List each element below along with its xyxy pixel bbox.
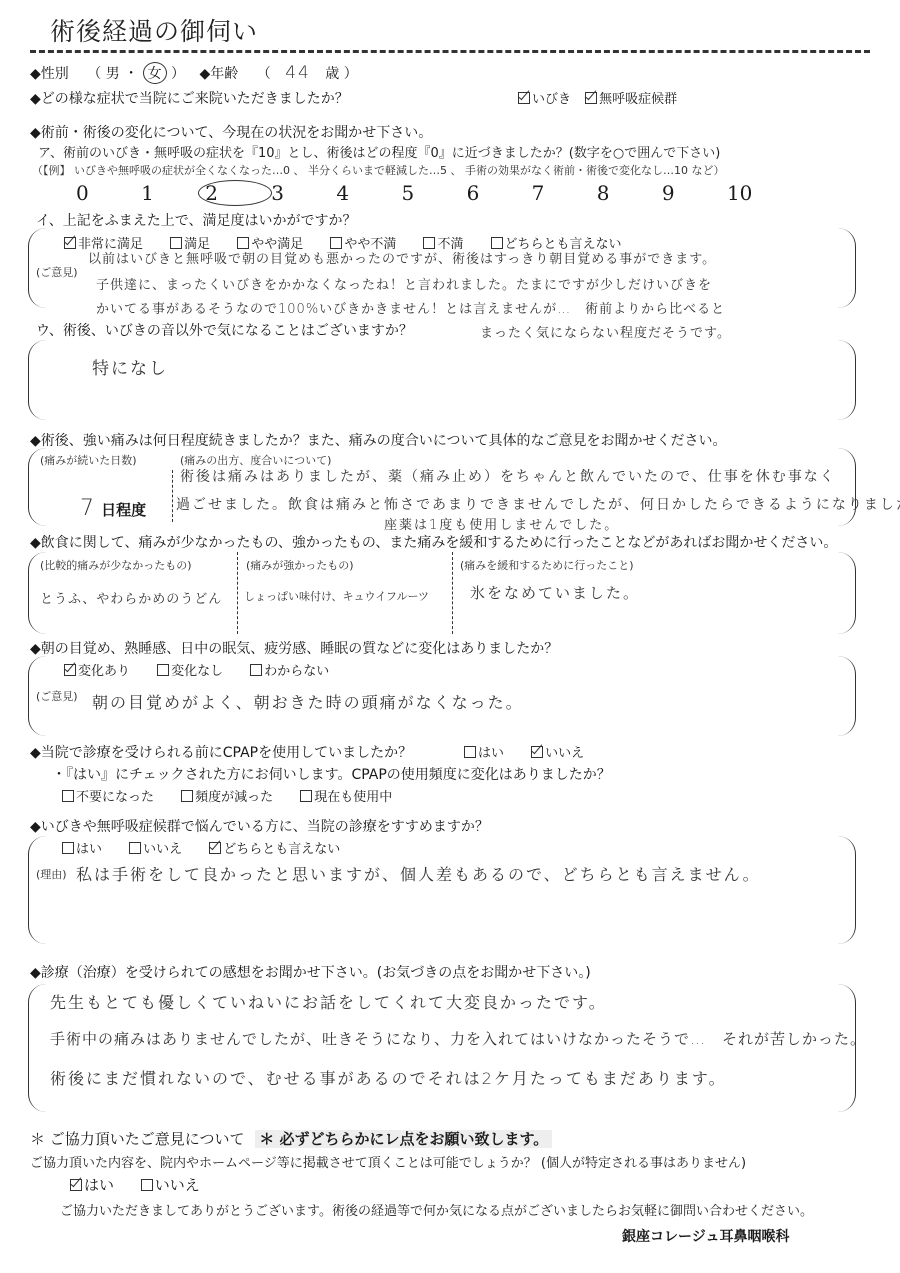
scale-10[interactable]: 10 bbox=[727, 181, 787, 205]
opinion-line-3: かいてる事があるそうなので100%いびきかきません！とは言えませんが… 術前より… bbox=[96, 298, 725, 317]
other-concerns-question: ウ、術後、いびきの音以外で気になることはございますか？ bbox=[36, 320, 413, 340]
sleep-opinion[interactable]: 朝の目覚めがよく、朝おきた時の頭痛がなくなった。 bbox=[92, 690, 524, 713]
checkbox-icon bbox=[250, 664, 262, 676]
food-relief-answer[interactable]: 氷をなめていました。 bbox=[470, 582, 640, 603]
age-value[interactable]: 44 bbox=[285, 63, 311, 83]
scale-1[interactable]: 1 bbox=[141, 181, 201, 205]
consent-option-no[interactable]: いいえ bbox=[141, 1174, 200, 1195]
scale-3[interactable]: 3 bbox=[271, 181, 331, 205]
title-divider bbox=[30, 50, 870, 53]
page-title: 術後経過の御伺い bbox=[50, 12, 258, 48]
sleep-options: 変化あり 変化なし わからない bbox=[64, 660, 351, 679]
checkbox-icon bbox=[157, 664, 169, 676]
impressions-line-1: 先生もとても優しくていねいにお話をしてくれて大変良かったです。 bbox=[50, 990, 607, 1013]
checkbox-icon bbox=[181, 790, 193, 802]
cpap-question: ◆当院で診療を受けられる前にCPAPを使用していましたか？ bbox=[30, 742, 412, 762]
opinion-label: (ご意見) bbox=[36, 264, 78, 280]
satisfaction-question: イ、上記をふまえた上で、満足度はいかがですか？ bbox=[36, 210, 356, 230]
checkbox-icon bbox=[62, 790, 74, 802]
recommend-option-no[interactable]: いいえ bbox=[129, 838, 182, 857]
checkbox-checked-icon bbox=[585, 92, 597, 104]
symptoms-question: ◆どの様な症状で当院にご来院いただきましたか？ bbox=[30, 88, 349, 108]
scale-5[interactable]: 5 bbox=[401, 181, 461, 205]
change-sub-a: ア、術前のいびき・無呼吸の症状を『10』とし、術後はどの程度『0』に近づきました… bbox=[38, 142, 720, 161]
checkbox-checked-icon bbox=[64, 664, 76, 676]
cpap-sub-question: ・『はい』にチェックされた方にお伺いします。CPAPの使用頻度に変化はありました… bbox=[52, 764, 611, 784]
cpap-option-no[interactable]: いいえ bbox=[531, 742, 584, 761]
checkbox-apnea[interactable]: 無呼吸症候群 bbox=[585, 88, 677, 107]
scale-9[interactable]: 9 bbox=[662, 181, 722, 205]
gender-male[interactable]: 男 bbox=[106, 66, 120, 82]
food-low-pain-answer[interactable]: とうふ、やわらかめのうどん bbox=[40, 588, 222, 607]
recommend-option-neither[interactable]: どちらとも言えない bbox=[209, 838, 340, 857]
consent-heading-b: ＊ 必ずどちらかにレ点をお願い致します。 bbox=[255, 1130, 552, 1148]
pain-question: ◆術後、強い痛みは何日程度続きましたか？また、痛みの度合いについて具体的なご意見… bbox=[30, 430, 726, 450]
scale-6[interactable]: 6 bbox=[467, 181, 527, 205]
impressions-line-2: 手術中の痛みはありませんでしたが、吐きそうになり、力を入れてはいけなかったそうで… bbox=[50, 1028, 866, 1049]
impressions-line-3: 術後にまだ慣れないので、むせる事があるのでそれは2ケ月たってもまだあります。 bbox=[50, 1066, 727, 1089]
pain-detail-line-2: 過ごせました。飲食は痛みと怖さであまりできませんでしたが、何日かしたらできるよう… bbox=[176, 494, 900, 514]
consent-heading-a: ＊ ご協力頂いたご意見について bbox=[30, 1130, 244, 1148]
impressions-question: ◆診療（治療）を受けられての感想をお聞かせ下さい。(お気づきの点をお聞かせ下さい… bbox=[30, 962, 591, 982]
gender-label: ◆性別 bbox=[30, 66, 69, 82]
cpap-option-reduced[interactable]: 頻度が減った bbox=[181, 786, 273, 805]
scale-0[interactable]: 0 bbox=[76, 181, 136, 205]
other-concerns-answer[interactable]: 特になし bbox=[92, 354, 168, 379]
opinion-line-2: 子供達に、まったくいびきをかかなくなったね！と言われました。たまにですが少しだけ… bbox=[96, 274, 712, 293]
scale-8[interactable]: 8 bbox=[597, 181, 657, 205]
food-divider-1 bbox=[237, 552, 238, 634]
cpap-sub-options: 不要になった 頻度が減った 現在も使用中 bbox=[62, 786, 414, 805]
cpap-option-yes[interactable]: はい bbox=[464, 742, 504, 761]
symptoms-options: いびき 無呼吸症候群 bbox=[518, 88, 699, 107]
recommend-question: ◆いびきや無呼吸症候群で悩んでいる方に、当院の診療をすすめますか？ bbox=[30, 816, 489, 836]
sleep-opinion-label: (ご意見) bbox=[36, 688, 78, 704]
checkbox-icon bbox=[129, 842, 141, 854]
pain-divider bbox=[172, 470, 173, 522]
pain-days-label: (痛みが続いた日数) bbox=[40, 452, 137, 468]
consent-heading: ＊ ご協力頂いたご意見について ＊ 必ずどちらかにレ点をお願い致します。 bbox=[30, 1128, 552, 1149]
checkbox-checked-icon bbox=[64, 237, 76, 249]
age-label: ◆年齢 bbox=[200, 66, 239, 82]
food-relief-label: (痛みを緩和するために行ったこと) bbox=[460, 557, 634, 573]
checkbox-icon bbox=[300, 790, 312, 802]
option-changed[interactable]: 変化あり bbox=[64, 660, 130, 679]
option-no-change[interactable]: 変化なし bbox=[157, 660, 223, 679]
pain-days: 7 日程度 bbox=[80, 496, 146, 521]
cpap-option-not-needed[interactable]: 不要になった bbox=[62, 786, 154, 805]
checkbox-checked-icon bbox=[70, 1179, 82, 1191]
food-low-pain-label: (比較的痛みが少なかったもの) bbox=[40, 557, 192, 573]
gender-female-circled[interactable]: 女 bbox=[143, 62, 167, 84]
consent-options: はい いいえ bbox=[70, 1174, 222, 1195]
scale-7[interactable]: 7 bbox=[532, 181, 592, 205]
scale-2-circled[interactable]: 2 bbox=[206, 180, 266, 206]
food-divider-2 bbox=[452, 552, 453, 634]
food-high-pain-answer[interactable]: しょっぱい味付け、キュウイフルーツ bbox=[244, 588, 429, 604]
opinion-line-1: 以前はいびきと無呼吸で朝の目覚めも悪かったのですが、術後はすっきり朝目覚める事が… bbox=[88, 248, 716, 267]
checkbox-snoring[interactable]: いびき bbox=[518, 88, 571, 107]
checkbox-checked-icon bbox=[518, 92, 530, 104]
checkbox-icon bbox=[62, 842, 74, 854]
option-unknown[interactable]: わからない bbox=[250, 660, 329, 679]
symptom-scale: 0 1 2 3 4 5 6 7 8 9 10 bbox=[76, 180, 787, 206]
opinion-line-4: まったく気にならない程度だそうです。 bbox=[480, 322, 731, 341]
cpap-options: はい いいえ bbox=[464, 742, 606, 761]
change-example: （【例】 いびきや無呼吸の症状が全くなくなった…0 、 半分くらいまで軽減した…… bbox=[32, 162, 724, 178]
checkbox-checked-icon bbox=[531, 746, 543, 758]
recommend-reason[interactable]: 私は手術をして良かったと思いますが、個人差もあるので、どちらとも言えません。 bbox=[76, 862, 761, 885]
food-question: ◆飲食に関して、痛みが少なかったもの、強かったもの、また痛みを緩和するために行っ… bbox=[30, 532, 837, 552]
pain-detail-line-1: 術後は痛みはありましたが、薬（痛み止め）をちゃんと飲んでいたので、仕事を休む事な… bbox=[180, 466, 836, 486]
pain-detail-line-3: 座薬は1度も使用しませんでした。 bbox=[384, 514, 619, 533]
recommend-options: はい いいえ どちらとも言えない bbox=[62, 838, 362, 857]
sleep-question: ◆朝の目覚め、熟睡感、日中の眠気、疲労感、睡眠の質などに変化はありましたか？ bbox=[30, 638, 558, 658]
recommend-reason-label: (理由) bbox=[36, 866, 67, 882]
other-concerns-box bbox=[28, 340, 856, 420]
consent-question: ご協力頂いた内容を、院内やホームページ等に掲載させて頂くことは可能でしょうか？ … bbox=[30, 1152, 746, 1171]
food-high-pain-label: (痛みが強かったもの) bbox=[246, 557, 354, 573]
pain-days-value[interactable]: 7 bbox=[80, 496, 96, 521]
clinic-name: 銀座コレージュ耳鼻咽喉科 bbox=[622, 1226, 789, 1246]
profile-row: ◆性別 （ 男 ・ 女 ） ◆年齢 （ 44 歳 ） bbox=[30, 62, 358, 84]
checkbox-checked-icon bbox=[209, 842, 221, 854]
cpap-option-still-using[interactable]: 現在も使用中 bbox=[300, 786, 392, 805]
recommend-option-yes[interactable]: はい bbox=[62, 838, 102, 857]
consent-option-yes[interactable]: はい bbox=[70, 1174, 114, 1195]
change-question: ◆術前・術後の変化について、今現在の状況をお聞かせ下さい。 bbox=[30, 122, 432, 142]
scale-4[interactable]: 4 bbox=[336, 181, 396, 205]
consent-thanks: ご協力いただきましてありがとうございます。術後の経過等で何か気になる点がございま… bbox=[60, 1200, 813, 1219]
checkbox-icon bbox=[141, 1179, 153, 1191]
checkbox-icon bbox=[464, 746, 476, 758]
